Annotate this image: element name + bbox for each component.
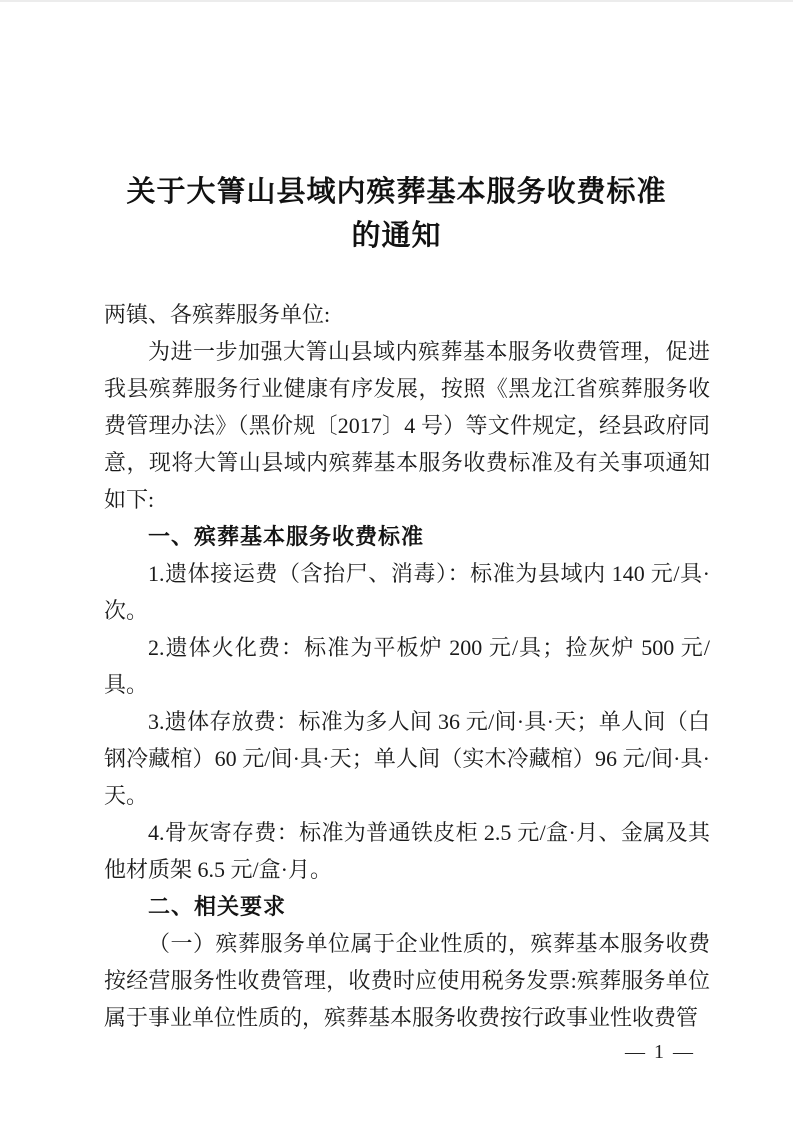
title-line-2: 的通知 [0,214,793,258]
page-number: — 1 — [625,1040,695,1064]
fee-item-3-body-storage: 3.遗体存放费：标准为多人间 36 元/间·具·天；单人间（白钢冷藏棺）60 元… [104,703,710,814]
document-body: 两镇、各殡葬服务单位: 为进一步加强大箐山县域内殡葬基本服务收费管理，促进我县殡… [104,296,710,1036]
document-page: 关于大箐山县域内殡葬基本服务收费标准 的通知 两镇、各殡葬服务单位: 为进一步加… [0,0,793,1122]
title-line-1: 关于大箐山县域内殡葬基本服务收费标准 [0,170,793,214]
fee-item-1-body-transport: 1.遗体接运费（含抬尸、消毒）：标准为县域内 140 元/具·次。 [104,555,710,629]
fee-item-4-ashes-storage: 4.骨灰寄存费：标准为普通铁皮柜 2.5 元/盒·月、金属及其他材质架 6.5 … [104,814,710,888]
page-top-edge [0,0,793,2]
intro-paragraph: 为进一步加强大箐山县域内殡葬基本服务收费管理，促进我县殡葬服务行业健康有序发展，… [104,333,710,518]
salutation-line: 两镇、各殡葬服务单位: [104,296,710,333]
section-2-heading: 二、相关要求 [104,888,710,925]
document-title: 关于大箐山县域内殡葬基本服务收费标准 的通知 [0,170,793,258]
requirement-paragraph-1: （一）殡葬服务单位属于企业性质的，殡葬基本服务收费按经营服务性收费管理，收费时应… [104,925,710,1036]
fee-item-2-cremation: 2.遗体火化费：标准为平板炉 200 元/具；捡灰炉 500 元/具。 [104,629,710,703]
section-1-heading: 一、殡葬基本服务收费标准 [104,518,710,555]
